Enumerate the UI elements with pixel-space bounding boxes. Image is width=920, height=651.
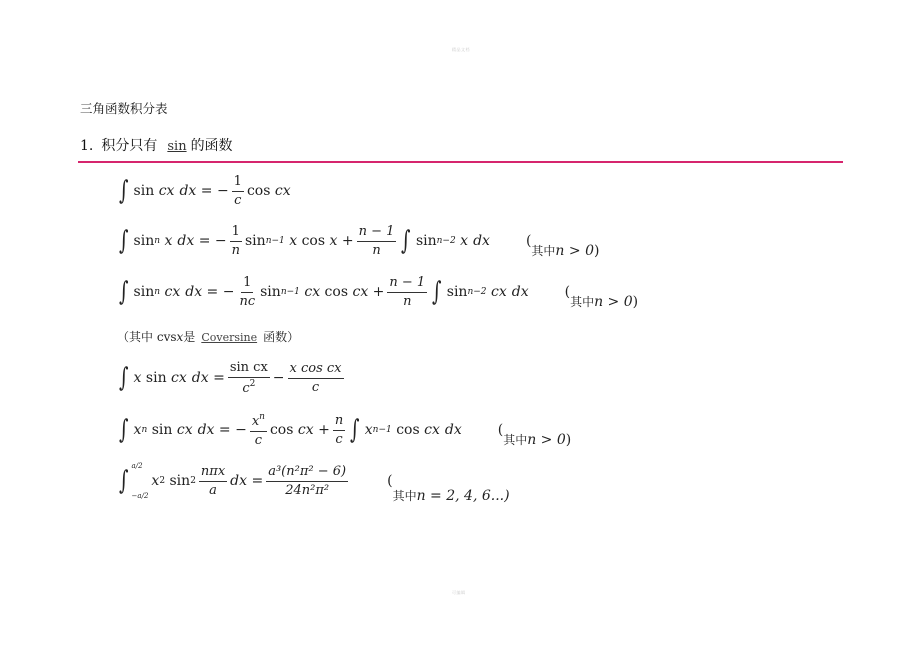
condition-label: 其中 [531, 244, 555, 258]
note-prefix: （其中 [117, 330, 153, 344]
fn-cos: cos [325, 284, 348, 300]
exponent: n−1 [281, 287, 300, 297]
section-heading: 1.积分只有sin的函数 [80, 135, 233, 155]
condition-expr: n > 0 [527, 432, 566, 448]
condition: (其中n > 0) [565, 284, 639, 301]
fn-sin: sin [134, 284, 155, 300]
fn-sin: sin [146, 370, 167, 386]
dx: dx [198, 422, 215, 438]
fn-cos: cos [270, 422, 293, 438]
plus: + [342, 233, 354, 249]
plus: + [373, 284, 385, 300]
footer-watermark: 可编辑 [452, 590, 466, 596]
exponent: n−2 [437, 236, 456, 246]
fraction: x cos cxc [288, 361, 344, 395]
exponent: 2 [190, 476, 196, 486]
fraction: nπxa [199, 464, 227, 498]
condition: (其中n = 2, 4, 6...) [387, 473, 509, 490]
integral-sign: ∫ [119, 365, 128, 391]
var: x [289, 233, 297, 249]
exponent: 2 [250, 379, 256, 389]
fn-sin: sin [134, 233, 155, 249]
integral-sign: ∫ [401, 228, 410, 254]
numerator: a³(n²π² − 6) [266, 464, 348, 482]
fraction: a³(n²π² − 6)24n²π² [266, 464, 348, 498]
integral-sign: ∫ [119, 468, 128, 494]
numerator: n − 1 [357, 224, 397, 242]
dx: dx [512, 284, 529, 300]
note-symbol: cvs [157, 330, 177, 344]
fn-sin: sin [152, 422, 173, 438]
integral-sign: ∫ [350, 417, 359, 443]
var: x [185, 422, 193, 438]
var: x [179, 370, 187, 386]
condition-expr: n = 2, 4, 6...) [417, 488, 510, 504]
var: x [306, 422, 314, 438]
numerator: 1 [241, 275, 253, 293]
condition-label: 其中 [393, 489, 417, 503]
fn-sin: sin [245, 233, 266, 249]
note-suffix: 函数） [263, 330, 299, 344]
var: c [171, 370, 179, 386]
var: x [499, 284, 507, 300]
var: x [330, 233, 338, 249]
var: x [312, 284, 320, 300]
equals: = [207, 284, 219, 300]
numerator: x cos cx [288, 361, 344, 379]
var: c [491, 284, 499, 300]
dx: dx [445, 422, 462, 438]
numerator: 1 [232, 174, 244, 192]
denominator: 24n²π² [283, 482, 331, 499]
var: x [172, 284, 180, 300]
plus: + [318, 422, 330, 438]
var: x [432, 422, 440, 438]
var: c [164, 284, 172, 300]
rparen: ) [566, 432, 571, 448]
integral-sign: ∫ [119, 228, 128, 254]
coversine-note: （其中 cvsx是Coversine函数） [117, 328, 299, 345]
dx: dx [192, 370, 209, 386]
numerator: n − 1 [387, 275, 427, 293]
lower-limit: −a/2 [132, 492, 149, 500]
integral-sign: ∫ [119, 279, 128, 305]
fn-sin: sin [170, 473, 191, 489]
integral-sign: ∫ [119, 178, 128, 204]
denominator: nc [237, 293, 257, 310]
document-title: 三角函数积分表 [80, 99, 168, 117]
denominator: c [310, 379, 321, 396]
section-heading-prefix: 积分只有 [101, 138, 157, 154]
condition-label: 其中 [570, 295, 594, 309]
exponent: n [154, 236, 160, 246]
section-heading-suffix: 的函数 [191, 138, 233, 154]
minus: − [273, 370, 285, 386]
var: c [304, 284, 312, 300]
numerator: n [333, 413, 345, 431]
exponent: n−2 [467, 287, 486, 297]
formula-1: ∫ sin cxdx = − 1c cos cx [117, 174, 291, 208]
fraction: n − 1n [357, 224, 397, 258]
numerator: 1 [230, 224, 242, 242]
fraction: 1nc [237, 275, 257, 309]
fraction: nc [333, 413, 345, 447]
var: c [159, 183, 167, 199]
upper-limit: a/2 [132, 462, 149, 470]
minus: − [235, 422, 247, 438]
denominator: c [253, 432, 264, 449]
formula-4: ∫ x sin cxdx = sin cxc2 − x cos cxc [117, 360, 347, 396]
definite-integral: ∫ a/2−a/2 [117, 462, 148, 500]
var: c [298, 422, 306, 438]
var: x [283, 183, 291, 199]
fn-sin: sin [260, 284, 281, 300]
section-number: 1. [80, 138, 93, 154]
exponent: n [154, 287, 160, 297]
fn-sin: sin [416, 233, 437, 249]
note-middle: 是 [183, 330, 195, 344]
exponent: 2 [159, 476, 165, 486]
condition-expr: n > 0 [555, 243, 594, 259]
fraction: n − 1n [387, 275, 427, 309]
integral-sign: ∫ [432, 279, 441, 305]
var: x [360, 284, 368, 300]
exponent: n [259, 412, 265, 422]
header-watermark: 精品文档 [452, 47, 470, 53]
var: x [164, 233, 172, 249]
minus: − [215, 233, 227, 249]
condition-label: 其中 [503, 433, 527, 447]
fraction: 1n [230, 224, 242, 258]
condition-expr: n > 0 [594, 294, 633, 310]
equals: = [219, 422, 231, 438]
fraction: xnc [250, 412, 267, 448]
var: x [460, 233, 468, 249]
equals: = [201, 183, 213, 199]
exponent: n−1 [373, 425, 392, 435]
section-divider [78, 161, 843, 163]
minus: − [217, 183, 229, 199]
dx: dx [473, 233, 490, 249]
var: x [134, 422, 142, 438]
var: c [177, 422, 185, 438]
sin-link[interactable]: sin [167, 139, 186, 154]
var: x [167, 183, 175, 199]
var: x [365, 422, 373, 438]
var: x [151, 473, 159, 489]
denominator: c [242, 381, 249, 396]
formula-3: ∫ sinn cxdx = − 1nc sinn−1 cx cos cx + n… [117, 275, 638, 309]
equals: = [199, 233, 211, 249]
formula-6: ∫ a/2−a/2 x2 sin2 nπxa dx = a³(n²π² − 6)… [117, 462, 510, 500]
numerator: sin cx [228, 360, 270, 378]
var: x [134, 370, 142, 386]
equals: = [213, 370, 225, 386]
denominator: n [401, 293, 413, 310]
fraction: sin cxc2 [228, 360, 270, 396]
rparen: ) [594, 243, 599, 259]
denominator: a [207, 482, 219, 499]
denominator: n [230, 242, 242, 259]
var: c [352, 284, 360, 300]
fraction: 1c [232, 174, 244, 208]
dx: dx [179, 183, 196, 199]
equals: = [251, 473, 263, 489]
exponent: n−1 [266, 236, 285, 246]
formula-5: ∫ xn sin cxdx = − xnc cos cx + nc ∫ xn−1… [117, 412, 571, 448]
minus: − [223, 284, 235, 300]
rparen: ) [633, 294, 638, 310]
dx: dx [177, 233, 194, 249]
exponent: n [141, 425, 147, 435]
fn-cos: cos [302, 233, 325, 249]
fn-sin: sin [134, 183, 155, 199]
fn-sin: sin [447, 284, 468, 300]
condition: (其中n > 0) [498, 422, 572, 439]
coversine-link[interactable]: Coversine [201, 331, 257, 344]
denominator: c [232, 192, 243, 209]
var: c [275, 183, 283, 199]
formula-2: ∫ sinn xdx = − 1n sinn−1 x cos x + n − 1… [117, 224, 599, 258]
integral-sign: ∫ [119, 417, 128, 443]
dx: dx [230, 473, 247, 489]
dx: dx [185, 284, 202, 300]
numerator: nπx [199, 464, 227, 482]
condition: (其中n > 0) [526, 233, 600, 250]
fn-cos: cos [396, 422, 419, 438]
denominator: n [370, 242, 382, 259]
var: c [424, 422, 432, 438]
fn-cos: cos [247, 183, 270, 199]
denominator: c [333, 431, 344, 448]
